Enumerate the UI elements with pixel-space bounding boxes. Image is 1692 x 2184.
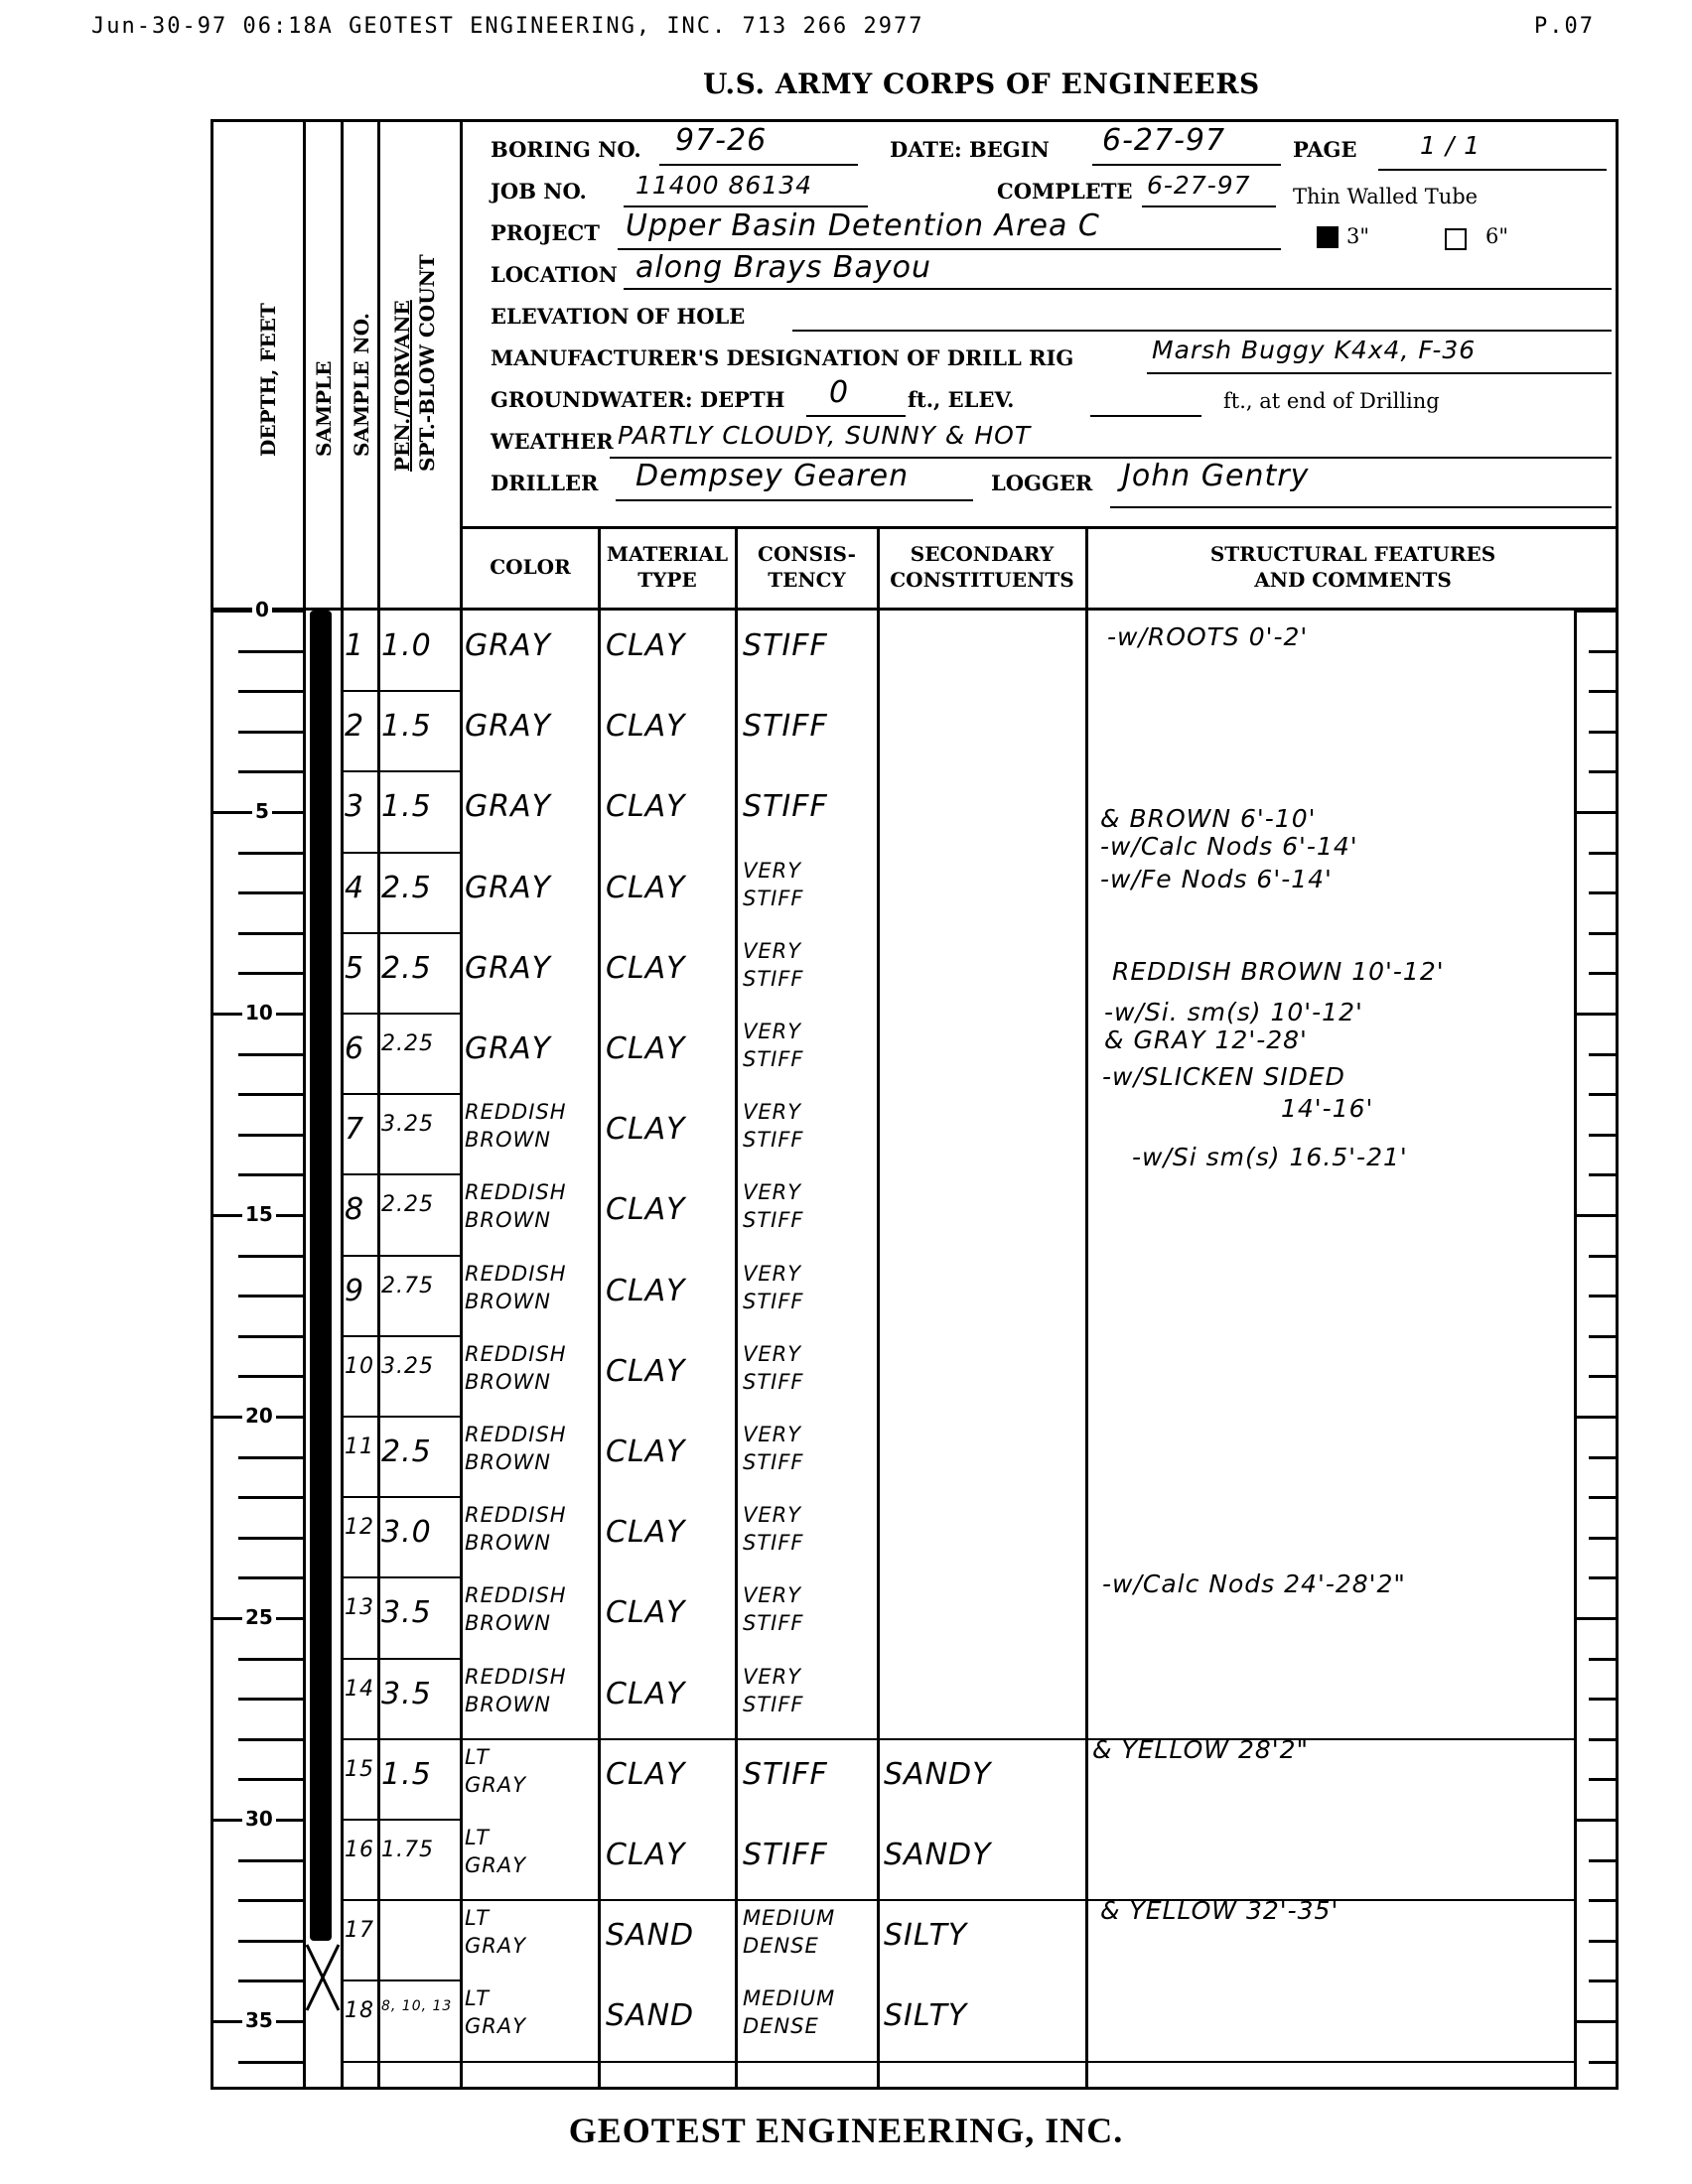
pen-torvane-value: 2.5 [381, 871, 432, 905]
structural-comment: -w/Si sm(s) 16.5'-21' [1132, 1143, 1408, 1171]
depth-label: 10 [242, 1001, 276, 1024]
ruler-tick [1576, 2020, 1619, 2023]
consistency-value: STIFF [743, 789, 828, 824]
color-value: BROWN [465, 1290, 551, 1313]
consistency-value: STIFF [743, 709, 828, 744]
structural-header-line2: AND COMMENTS [1254, 568, 1452, 592]
ruler-tick [1589, 852, 1619, 855]
divider [460, 119, 463, 2090]
sample-number: 4 [345, 871, 364, 905]
ruler-tick [1576, 811, 1619, 814]
pen-torvane-value: 2.5 [381, 1434, 432, 1469]
sample-number: 16 [345, 1838, 374, 1862]
color-value: GRAY [465, 628, 551, 663]
pen-torvane-value: 1.0 [381, 628, 432, 663]
depth-tick [238, 731, 303, 734]
pen-torvane-value: 2.25 [381, 1031, 434, 1056]
depth-tick [238, 1053, 303, 1056]
material-type-value: CLAY [606, 1192, 686, 1227]
tube-3in-label: 3" [1346, 224, 1369, 248]
consistency-value: VERY [743, 939, 801, 963]
ruler-tick [1589, 1979, 1619, 1982]
row-divider [341, 1335, 460, 1337]
color-value: REDDISH [465, 1665, 567, 1689]
pen-torvane-value: 3.5 [381, 1595, 432, 1630]
depth-label: 20 [242, 1404, 276, 1428]
material-type-value: CLAY [606, 951, 686, 986]
sample-number: 15 [345, 1757, 374, 1782]
pen-torvane-value: 1.5 [381, 789, 432, 824]
color-value: LT [465, 1745, 490, 1769]
consistency-value: STIFF [743, 1611, 804, 1635]
depth-tick [238, 2061, 303, 2064]
color-value: GRAY [465, 1031, 551, 1066]
page-title: U.S. ARMY CORPS OF ENGINEERS [703, 68, 1260, 100]
sample-header: SAMPLE [312, 361, 336, 457]
divider [460, 526, 1619, 529]
consistency-value: STIFF [743, 1047, 804, 1071]
weather-label: WEATHER [491, 429, 614, 454]
secondary-constituents-column-header: SECONDARYCONSTITUENTS [879, 541, 1085, 593]
consistency-value: STIFF [743, 1290, 804, 1313]
ruler-tick [1589, 731, 1619, 734]
row-divider [341, 1738, 1574, 1740]
material-type-value: CLAY [606, 1515, 686, 1550]
underline [1378, 169, 1607, 171]
color-column-header: COLOR [463, 554, 598, 580]
depth-tick [238, 1698, 303, 1701]
underline [1142, 205, 1276, 207]
sample-number: 5 [345, 951, 364, 986]
divider [303, 119, 306, 2090]
material-type-value: CLAY [606, 1838, 686, 1872]
sample-no-header: SAMPLE NO. [350, 313, 373, 457]
underline [659, 164, 858, 166]
material-type-value: CLAY [606, 1354, 686, 1389]
logger-value[interactable]: John Gentry [1122, 459, 1309, 493]
pen-torvane-value: 3.5 [381, 1677, 432, 1711]
ruler-tick [1576, 1617, 1619, 1620]
weather-value[interactable]: PARTLY CLOUDY, SUNNY & HOT [618, 421, 1031, 450]
row-divider [341, 852, 460, 854]
ruler-tick [1589, 972, 1619, 975]
color-value: REDDISH [465, 1342, 567, 1366]
depth-tick [238, 891, 303, 894]
ruler-tick [1589, 1738, 1619, 1741]
underline [792, 330, 1612, 332]
underline [624, 288, 1612, 290]
consistency-value: STIFF [743, 628, 828, 663]
depth-tick [238, 1295, 303, 1297]
material-type-value: CLAY [606, 1434, 686, 1469]
tube-6in-label: 6" [1485, 224, 1508, 248]
secondary-header-line2: CONSTITUENTS [890, 568, 1073, 592]
secondary-constituents-value: SILTY [884, 1918, 967, 1953]
ruler-tick [1589, 650, 1619, 653]
complete-label: COMPLETE [997, 179, 1132, 204]
divider [877, 526, 880, 2090]
secondary-constituents-value: SANDY [884, 1757, 991, 1792]
material-type-value: CLAY [606, 709, 686, 744]
sample-number: 9 [345, 1274, 364, 1308]
depth-header: DEPTH, FEET [256, 303, 280, 457]
page-label: PAGE [1293, 137, 1357, 162]
consistency-value: VERY [743, 1342, 801, 1366]
ruler-tick [1576, 610, 1619, 613]
consistency-value: MEDIUM [743, 1906, 835, 1930]
location-value[interactable]: along Brays Bayou [635, 250, 931, 285]
pen-torvane-value: 3.0 [381, 1515, 432, 1550]
depth-tick [238, 1738, 303, 1741]
depth-tick [238, 1778, 303, 1781]
elevation-label: ELEVATION OF HOLE [491, 304, 745, 329]
consistency-value: STIFF [743, 1531, 804, 1555]
sample-number: 1 [345, 628, 364, 663]
color-value: BROWN [465, 1128, 551, 1152]
boring-no-value[interactable]: 97-26 [675, 123, 767, 158]
job-no-label: JOB NO. [491, 179, 587, 204]
divider [211, 608, 1619, 611]
page-value[interactable]: 1 / 1 [1420, 131, 1480, 160]
color-value: BROWN [465, 1450, 551, 1474]
depth-label: 30 [242, 1807, 276, 1831]
structural-comment: 14'-16' [1281, 1094, 1373, 1123]
depth-tick [238, 1899, 303, 1902]
material-type-value: CLAY [606, 628, 686, 663]
depth-tick [238, 1979, 303, 1982]
depth-tick [238, 1576, 303, 1579]
consistency-value: MEDIUM [743, 1986, 835, 2010]
material-type-value: CLAY [606, 789, 686, 824]
sample-number: 6 [345, 1031, 364, 1066]
logger-label: LOGGER [991, 471, 1092, 495]
structural-comment: -w/Calc Nods 6'-14' [1100, 832, 1358, 861]
ruler-tick [1589, 1778, 1619, 1781]
material-type-value: CLAY [606, 1274, 686, 1308]
row-divider [341, 770, 460, 772]
driller-value[interactable]: Dempsey Gearen [635, 459, 909, 493]
sample-number: 10 [345, 1354, 374, 1379]
ruler-tick [1589, 1295, 1619, 1297]
depth-label: 5 [252, 799, 272, 823]
groundwater-label: GROUNDWATER: DEPTH [491, 387, 784, 412]
date-complete-value[interactable]: 6-27-97 [1147, 171, 1251, 200]
ruler-tick [1576, 1013, 1619, 1016]
sample-number: 3 [345, 789, 364, 824]
tube-3in-checkbox[interactable] [1317, 226, 1339, 248]
material-type-value: SAND [606, 1918, 694, 1953]
depth-tick [238, 1658, 303, 1661]
underline [1110, 506, 1612, 508]
pen-torvane-value: 2.5 [381, 951, 432, 986]
depth-tick [238, 1537, 303, 1540]
ruler-tick [1589, 1576, 1619, 1579]
sample-number: 13 [345, 1595, 374, 1620]
ruler-tick [1589, 1940, 1619, 1943]
project-label: PROJECT [491, 220, 600, 245]
row-divider [341, 1093, 460, 1095]
ruler-tick [1589, 1698, 1619, 1701]
sample-number: 2 [345, 709, 364, 744]
consistency-value: STIFF [743, 1450, 804, 1474]
pen-torvane-value: 3.25 [381, 1112, 434, 1137]
ruler-tick [1589, 1335, 1619, 1338]
ruler-tick [1589, 770, 1619, 773]
structural-comment: -w/Si. sm(s) 10'-12' [1104, 998, 1363, 1026]
material-type-value: CLAY [606, 1677, 686, 1711]
depth-tick [238, 1456, 303, 1459]
consistency-header-line2: TENCY [768, 568, 846, 592]
color-value: GRAY [465, 1773, 526, 1797]
consistency-column-header: CONSIS-TENCY [737, 541, 877, 593]
depth-tick [238, 770, 303, 773]
depth-label: 0 [252, 598, 272, 621]
sample-number: 7 [345, 1112, 364, 1147]
ruler-tick [1589, 1093, 1619, 1096]
depth-tick [238, 1375, 303, 1378]
depth-tick [238, 1496, 303, 1499]
underline [616, 499, 973, 501]
location-label: LOCATION [491, 262, 618, 287]
row-divider [341, 1013, 460, 1015]
row-divider [341, 1819, 460, 1821]
spt-blow-count-header: SPT.-BLOW COUNT [415, 254, 439, 472]
consistency-value: STIFF [743, 1693, 804, 1716]
date-begin-value[interactable]: 6-27-97 [1102, 123, 1225, 158]
structural-comment: -w/Calc Nods 24'-28'2" [1102, 1570, 1406, 1598]
ruler-tick [1589, 891, 1619, 894]
consistency-value: DENSE [743, 2014, 819, 2038]
underline [1147, 372, 1612, 374]
sample-number: 18 [345, 1998, 374, 2023]
row-divider [341, 1979, 460, 1981]
depth-tick [238, 650, 303, 653]
underline [1090, 415, 1201, 417]
ruler-tick [1589, 690, 1619, 693]
underline [624, 205, 868, 207]
color-value: REDDISH [465, 1262, 567, 1286]
depth-tick [238, 1255, 303, 1258]
row-divider [341, 1496, 460, 1498]
ruler-tick [1589, 1899, 1619, 1902]
consistency-value: STIFF [743, 1208, 804, 1232]
structural-features-column-header: STRUCTURAL FEATURESAND COMMENTS [1087, 541, 1619, 593]
consistency-value: VERY [743, 1583, 801, 1607]
structural-header-line1: STRUCTURAL FEATURES [1210, 542, 1495, 566]
ft-elev-label: ft., ELEV. [908, 387, 1014, 412]
row-divider [341, 1576, 460, 1578]
ruler-tick [1576, 1214, 1619, 1217]
pen-torvane-value: 1.75 [381, 1838, 434, 1862]
consistency-value: STIFF [743, 1128, 804, 1152]
material-type-value: CLAY [606, 1757, 686, 1792]
underline [1092, 164, 1281, 166]
material-type-value: SAND [606, 1998, 694, 2033]
ruler-tick [1589, 2061, 1619, 2064]
color-value: REDDISH [465, 1503, 567, 1527]
depth-label: 25 [242, 1605, 276, 1629]
color-value: REDDISH [465, 1583, 567, 1607]
row-divider [341, 932, 460, 934]
material-type-value: CLAY [606, 871, 686, 905]
color-value: BROWN [465, 1693, 551, 1716]
groundwater-depth-value[interactable]: 0 [829, 375, 849, 410]
ruler-tick [1589, 1658, 1619, 1661]
ruler-tick [1589, 1859, 1619, 1862]
consistency-value: STIFF [743, 887, 804, 910]
boring-no-label: BORING NO. [491, 137, 641, 162]
color-value: LT [465, 1906, 490, 1930]
drill-rig-label: MANUFACTURER'S DESIGNATION OF DRILL RIG [491, 345, 1073, 370]
sample-number: 11 [345, 1434, 374, 1459]
ruler-tick [1589, 932, 1619, 935]
consistency-value: VERY [743, 859, 801, 883]
color-value: BROWN [465, 1531, 551, 1555]
thin-walled-tube-label: Thin Walled Tube [1293, 185, 1478, 208]
color-value: BROWN [465, 1370, 551, 1394]
driller-label: DRILLER [491, 471, 598, 495]
consistency-value: VERY [743, 1665, 801, 1689]
job-no-value[interactable]: 11400 86134 [635, 171, 812, 200]
consistency-value: STIFF [743, 967, 804, 991]
color-value: REDDISH [465, 1180, 567, 1204]
depth-tick [238, 690, 303, 693]
structural-comment: -w/ROOTS 0'-2' [1107, 622, 1308, 651]
depth-tick [238, 972, 303, 975]
sample-number: 14 [345, 1677, 374, 1702]
end-of-drilling-label: ft., at end of Drilling [1223, 389, 1440, 413]
structural-comment: REDDISH BROWN 10'-12' [1112, 957, 1445, 986]
divider [1574, 608, 1577, 2090]
ruler-tick [1589, 1255, 1619, 1258]
color-value: GRAY [465, 951, 551, 986]
depth-label: 35 [242, 2008, 276, 2032]
row-divider [341, 690, 460, 692]
ruler-tick [1589, 1496, 1619, 1499]
split-spoon-x-icon [303, 1943, 343, 2012]
consistency-value: VERY [743, 1020, 801, 1043]
row-divider [341, 1255, 460, 1257]
consistency-value: VERY [743, 1262, 801, 1286]
consistency-value: VERY [743, 1423, 801, 1446]
structural-comment: & YELLOW 32'-35' [1100, 1896, 1339, 1925]
drill-rig-value[interactable]: Marsh Buggy K4x4, F-36 [1152, 336, 1476, 364]
sample-number: 12 [345, 1515, 374, 1540]
depth-tick [238, 1940, 303, 1943]
structural-comment: -w/SLICKEN SIDED [1102, 1062, 1345, 1091]
color-value: LT [465, 1826, 490, 1849]
structural-comment: & YELLOW 28'2" [1092, 1735, 1309, 1764]
pen-torvane-value: 1.5 [381, 709, 432, 744]
consistency-value: VERY [743, 1503, 801, 1527]
pen-torvane-header: PEN./TORVANE [390, 300, 414, 472]
divider [598, 526, 601, 2090]
pen-torvane-value: 1.5 [381, 1757, 432, 1792]
ruler-tick [1589, 1537, 1619, 1540]
pen-torvane-value: 2.25 [381, 1192, 434, 1217]
row-divider [341, 1899, 1574, 1901]
material-type-value: CLAY [606, 1595, 686, 1630]
pen-torvane-value: 2.75 [381, 1274, 434, 1298]
depth-tick [238, 1335, 303, 1338]
color-value: BROWN [465, 1611, 551, 1635]
date-begin-label: DATE: BEGIN [890, 137, 1050, 162]
underline [806, 415, 906, 417]
material-type-column-header: MATERIALTYPE [600, 541, 735, 593]
row-divider [341, 2061, 1574, 2063]
color-value: GRAY [465, 2014, 526, 2038]
secondary-constituents-value: SANDY [884, 1838, 991, 1872]
divider [1085, 526, 1088, 2090]
material-header-line2: TYPE [637, 568, 696, 592]
color-value: GRAY [465, 709, 551, 744]
color-value: REDDISH [465, 1423, 567, 1446]
divider [377, 119, 380, 2090]
divider [341, 119, 344, 2090]
sample-number: 17 [345, 1918, 374, 1943]
structural-comment: & BROWN 6'-10' [1100, 804, 1317, 833]
divider [735, 526, 738, 2090]
material-type-value: CLAY [606, 1031, 686, 1066]
project-value[interactable]: Upper Basin Detention Area C [626, 208, 1100, 243]
color-value: GRAY [465, 1934, 526, 1958]
color-value: REDDISH [465, 1100, 567, 1124]
sample-number: 8 [345, 1192, 364, 1227]
structural-comment: -w/Fe Nods 6'-14' [1100, 865, 1333, 893]
ruler-tick [1589, 1134, 1619, 1137]
consistency-value: DENSE [743, 1934, 819, 1958]
depth-tick [238, 852, 303, 855]
company-footer: GEOTEST ENGINEERING, INC. [0, 2110, 1692, 2151]
continuous-sample-bar [310, 611, 332, 1941]
row-divider [341, 1416, 460, 1418]
fax-header: Jun-30-97 06:18A GEOTEST ENGINEERING, IN… [91, 14, 923, 39]
ruler-tick [1589, 1173, 1619, 1176]
material-header-line1: MATERIAL [607, 542, 728, 566]
consistency-value: VERY [743, 1100, 801, 1124]
material-type-value: CLAY [606, 1112, 686, 1147]
color-value: GRAY [465, 1853, 526, 1877]
color-value: GRAY [465, 789, 551, 824]
structural-comment: & GRAY 12'-28' [1104, 1025, 1308, 1054]
ruler-tick [1576, 1416, 1619, 1419]
color-value: LT [465, 1986, 490, 2010]
consistency-value: STIFF [743, 1757, 828, 1792]
depth-tick [238, 1093, 303, 1096]
consistency-value: VERY [743, 1180, 801, 1204]
row-divider [341, 1658, 460, 1660]
ruler-tick [1576, 1819, 1619, 1822]
secondary-constituents-value: SILTY [884, 1998, 967, 2033]
consistency-value: STIFF [743, 1838, 828, 1872]
ruler-tick [1589, 1375, 1619, 1378]
consistency-value: STIFF [743, 1370, 804, 1394]
depth-tick [238, 1859, 303, 1862]
color-value: GRAY [465, 871, 551, 905]
pen-torvane-value: 3.25 [381, 1354, 434, 1379]
tube-6in-checkbox[interactable] [1445, 228, 1467, 250]
depth-tick [238, 1134, 303, 1137]
fax-page-number: P.07 [1534, 14, 1595, 39]
depth-label: 15 [242, 1202, 276, 1226]
consistency-header-line1: CONSIS- [758, 542, 856, 566]
ruler-tick [1589, 1053, 1619, 1056]
depth-tick [238, 1173, 303, 1176]
depth-tick [238, 932, 303, 935]
secondary-header-line1: SECONDARY [911, 542, 1054, 566]
ruler-tick [1589, 1456, 1619, 1459]
color-value: BROWN [465, 1208, 551, 1232]
